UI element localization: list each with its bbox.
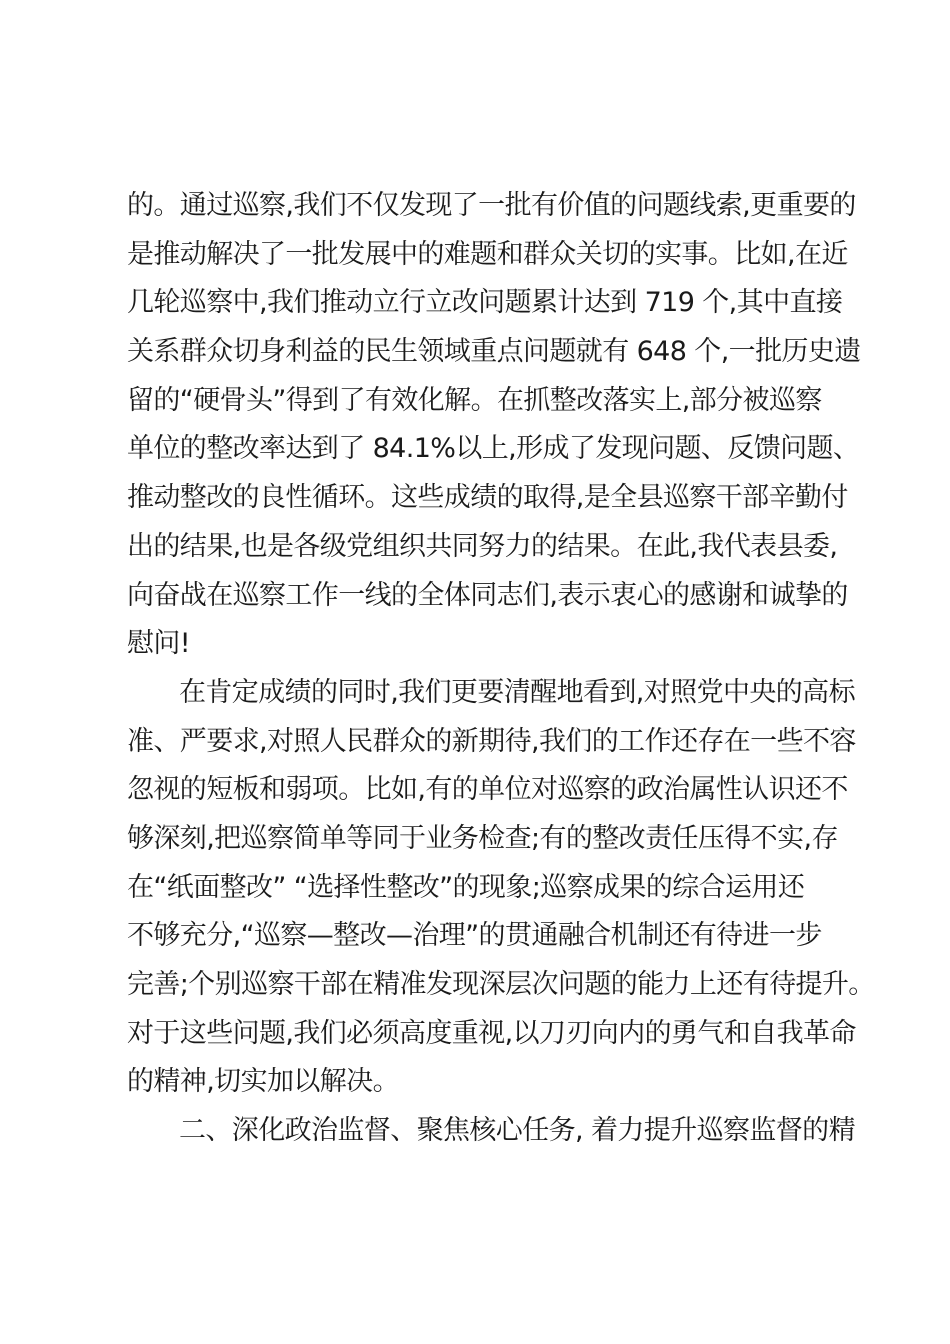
text-line: 完善;个别巡察干部在精准发现深层次问题的能力上还有待提升。 bbox=[127, 961, 837, 1010]
text-line: 慰问! bbox=[127, 620, 837, 669]
text-line: 二、深化政治监督、聚焦核心任务, 着力提升巡察监督的精 bbox=[127, 1107, 837, 1156]
paragraph-achievements: 的。通过巡察,我们不仅发现了一批有价值的问题线索,更重要的 是推动解决了一批发展… bbox=[127, 182, 837, 669]
text-line: 出的结果,也是各级党组织共同努力的结果。在此,我代表县委, bbox=[127, 523, 837, 572]
text-line: 在肯定成绩的同时,我们更要清醒地看到,对照党中央的高标 bbox=[127, 669, 837, 718]
text-line: 是推动解决了一批发展中的难题和群众关切的实事。比如,在近 bbox=[127, 231, 837, 280]
text-line: 向奋战在巡察工作一线的全体同志们,表示衷心的感谢和诚挚的 bbox=[127, 572, 837, 621]
document-page: 的。通过巡察,我们不仅发现了一批有价值的问题线索,更重要的 是推动解决了一批发展… bbox=[127, 182, 837, 1156]
text-line: 关系群众切身利益的民生领域重点问题就有 648 个,一批历史遗 bbox=[127, 328, 837, 377]
paragraph-shortcomings: 在肯定成绩的同时,我们更要清醒地看到,对照党中央的高标 准、严要求,对照人民群众… bbox=[127, 669, 837, 1107]
text-line: 在“纸面整改” “选择性整改”的现象;巡察成果的综合运用还 bbox=[127, 864, 837, 913]
section-heading-two: 二、深化政治监督、聚焦核心任务, 着力提升巡察监督的精 bbox=[127, 1107, 837, 1156]
text-line: 准、严要求,对照人民群众的新期待,我们的工作还存在一些不容 bbox=[127, 718, 837, 767]
text-line: 忽视的短板和弱项。比如,有的单位对巡察的政治属性认识还不 bbox=[127, 766, 837, 815]
text-line: 的。通过巡察,我们不仅发现了一批有价值的问题线索,更重要的 bbox=[127, 182, 837, 231]
text-line: 对于这些问题,我们必须高度重视,以刀刃向内的勇气和自我革命 bbox=[127, 1010, 837, 1059]
text-line: 的精神,切实加以解决。 bbox=[127, 1058, 837, 1107]
text-line: 留的“硬骨头”得到了有效化解。在抓整改落实上,部分被巡察 bbox=[127, 377, 837, 426]
text-line: 推动整改的良性循环。这些成绩的取得,是全县巡察干部辛勤付 bbox=[127, 474, 837, 523]
text-line: 够深刻,把巡察简单等同于业务检查;有的整改责任压得不实,存 bbox=[127, 815, 837, 864]
text-line: 单位的整改率达到了 84.1%以上,形成了发现问题、反馈问题、 bbox=[127, 425, 837, 474]
text-line: 几轮巡察中,我们推动立行立改问题累计达到 719 个,其中直接 bbox=[127, 279, 837, 328]
text-line: 不够充分,“巡察—整改—治理”的贯通融合机制还有待进一步 bbox=[127, 912, 837, 961]
